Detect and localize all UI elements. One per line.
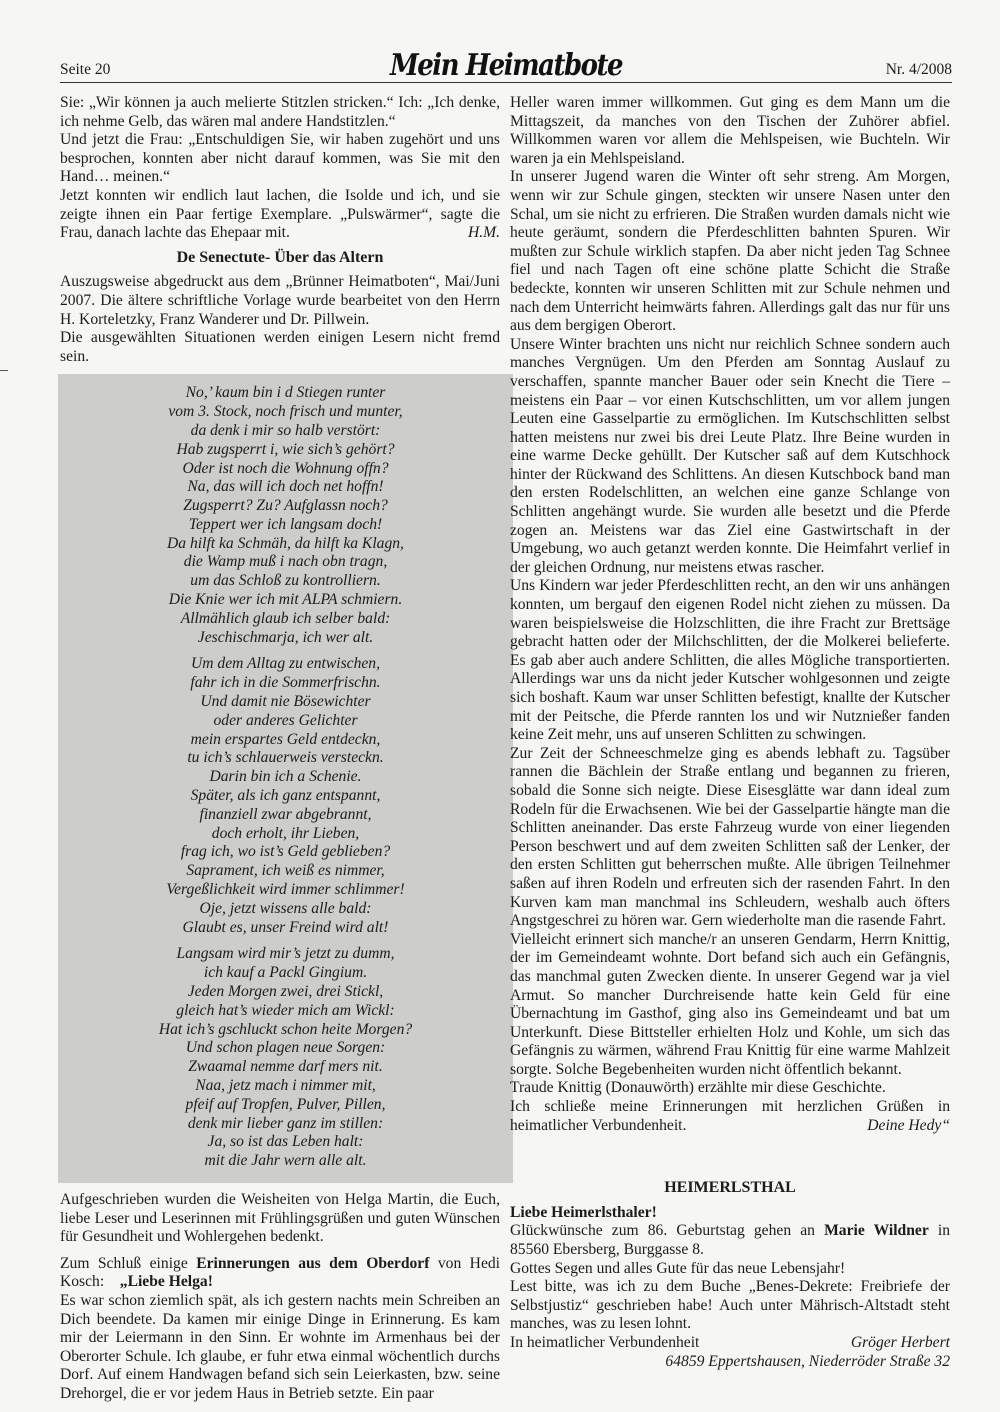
letter-paragraph: Heller waren immer willkommen. Gut ging … xyxy=(510,94,950,168)
poem-line: oder anderes Gelichter xyxy=(58,712,513,731)
poem-stanza-1: No,’ kaum bin i d Stiegen runter vom 3. … xyxy=(58,384,513,647)
issue-number: Nr. 4/2008 xyxy=(886,61,952,79)
author-address: 64859 Eppertshausen, Niederröder Straße … xyxy=(510,1353,950,1372)
poem-line: Jeden Morgen zwei, drei Stickl, xyxy=(58,983,513,1002)
poem-line: die Wamp muß i nach obn tragn, xyxy=(58,553,513,572)
poem-line: um das Schloß zu kontrolliern. xyxy=(58,572,513,591)
signature-line: In heimatlicher Verbundenheit Gröger Her… xyxy=(510,1334,950,1353)
poem-line: Da hilft ka Schmäh, da hilft ka Klagn, xyxy=(58,535,513,554)
letter-title: Erinnerungen aus dem Oberdorf xyxy=(196,1255,429,1272)
poem-line: Um dem Alltag zu entwischen, xyxy=(58,655,513,674)
letter-paragraph: Zur Zeit der Schneeschmelze ging es aben… xyxy=(510,745,950,931)
poem-line: ich kauf a Packl Gingium. xyxy=(58,964,513,983)
letter-paragraph: Unsere Winter brachten uns nicht nur rei… xyxy=(510,336,950,578)
greeting: Liebe Heimerlsthaler! xyxy=(510,1204,950,1223)
birthday-note: Glückwünsche zum 86. Geburtstag gehen an… xyxy=(510,1222,950,1259)
right-column: Heller waren immer willkommen. Gut ging … xyxy=(510,94,950,1371)
regards: In heimatlicher Verbundenheit xyxy=(510,1334,699,1353)
poem-line: Saprament, ich weiß es nimmer, xyxy=(58,862,513,881)
poem-line: Oje, jetzt wissens alle bald: xyxy=(58,900,513,919)
page-header: Seite 20 Mein Heimatbote Nr. 4/2008 xyxy=(60,40,952,83)
letter-paragraph: Vielleicht erinnert sich manche/r an uns… xyxy=(510,931,950,1080)
article-intro: Die ausgewählten Situationen werden eini… xyxy=(60,329,500,366)
poem-line: Ja, so ist das Leben halt: xyxy=(58,1133,513,1152)
poem-line: da denk i mir so halb verstört: xyxy=(58,422,513,441)
poem-line: Und schon plagen neue Sorgen: xyxy=(58,1039,513,1058)
poem-line: Hab zugsperrt i, wie sich’s gehört? xyxy=(58,441,513,460)
story-signature: H.M. xyxy=(468,224,500,243)
dialog-paragraph: Sie: „Wir können ja auch melierte Stitzl… xyxy=(60,94,500,131)
left-column: Sie: „Wir können ja auch melierte Stitzl… xyxy=(60,94,500,1404)
poem-line: Na, das will ich doch net hoffn! xyxy=(58,478,513,497)
poem-line: Glaubt es, unser Freind wird alt! xyxy=(58,919,513,938)
poem-line: mein erspartes Geld entdeckn, xyxy=(58,731,513,750)
poem-line: gleich hat’s wieder mich am Wickl: xyxy=(58,1002,513,1021)
poem-line: denk mir lieber ganz im stillen: xyxy=(58,1115,513,1134)
article-intro: Auszugsweise abgedruckt aus dem „Brünner… xyxy=(60,273,500,329)
poem-line: pfeif auf Tropfen, Pulver, Pillen, xyxy=(58,1096,513,1115)
letter-body: Es war schon ziemlich spät, als ich gest… xyxy=(60,1292,500,1404)
letter-intro: Zum Schluß einige Erinnerungen aus dem O… xyxy=(60,1255,500,1292)
poem-line: Später, als ich ganz entspannt, xyxy=(58,787,513,806)
letter-closing: Ich schließe meine Erinnerungen mit herz… xyxy=(510,1098,950,1135)
poem-line: Darin bin ich a Schenie. xyxy=(58,768,513,787)
poem-attribution: Aufgeschrieben wurden die Weisheiten von… xyxy=(60,1191,500,1247)
poem-line: frag ich, wo ist’s Geld geblieben? xyxy=(58,843,513,862)
poem-line: doch erholt, ihr Lieben, xyxy=(58,825,513,844)
scan-edge-mark xyxy=(0,370,8,371)
poem-line: Zugsperrt? Zu? Aufglassn noch? xyxy=(58,497,513,516)
poem-line: tu ich’s schlauerweis versteckn. xyxy=(58,749,513,768)
poem-line: mit die Jahr wern alle alt. xyxy=(58,1152,513,1171)
poem-line: finanziell zwar abgebrannt, xyxy=(58,806,513,825)
section-heading: HEIMERLSTHAL xyxy=(510,1179,950,1198)
poem-stanza-2: Um dem Alltag zu entwischen, fahr ich in… xyxy=(58,655,513,937)
poem-box: No,’ kaum bin i d Stiegen runter vom 3. … xyxy=(58,374,513,1183)
blessing: Gottes Segen und alles Gute für das neue… xyxy=(510,1260,950,1279)
poem-line: Oder ist noch die Wohnung offn? xyxy=(58,460,513,479)
poem-line: Langsam wird mir’s jetzt zu dumm, xyxy=(58,945,513,964)
poem-line: Die Knie wer ich mit ALPA schmiern. xyxy=(58,591,513,610)
masthead-logo: Mein Heimatbote xyxy=(60,49,952,84)
letter-paragraph: Traude Knittig (Donauwörth) erzählte mir… xyxy=(510,1079,950,1098)
poem-stanza-3: Langsam wird mir’s jetzt zu dumm, ich ka… xyxy=(58,945,513,1171)
poem-line: Allmählich glaub ich selber bald: xyxy=(58,610,513,629)
poem-line: No,’ kaum bin i d Stiegen runter xyxy=(58,384,513,403)
book-note: Lest bitte, was ich zu dem Buche „Benes-… xyxy=(510,1278,950,1334)
poem-line: Teppert wer ich langsam doch! xyxy=(58,516,513,535)
letter-salutation: „Liebe Helga! xyxy=(120,1273,213,1290)
poem-line: Hat ich’s gschluckt schon heite Morgen? xyxy=(58,1021,513,1040)
poem-line: fahr ich in die Sommerfrischn. xyxy=(58,674,513,693)
author-name: Gröger Herbert xyxy=(851,1334,950,1353)
poem-line: Und damit nie Bösewichter xyxy=(58,693,513,712)
birthday-person: Marie Wildner xyxy=(824,1222,929,1239)
poem-line: Zwaamal nemme darf mers nit. xyxy=(58,1058,513,1077)
poem-line: vom 3. Stock, noch frisch und munter, xyxy=(58,403,513,422)
article-title: De Senectute- Über das Altern xyxy=(60,249,500,268)
letter-signature: Deine Hedy“ xyxy=(867,1117,950,1136)
letter-paragraph: In unserer Jugend waren die Winter oft s… xyxy=(510,168,950,335)
poem-line: Vergeßlichkeit wird immer schlimmer! xyxy=(58,881,513,900)
poem-line: Jeschischmarja, ich wer alt. xyxy=(58,629,513,648)
heimerlsthal-section: HEIMERLSTHAL Liebe Heimerlsthaler! Glück… xyxy=(510,1179,950,1371)
dialog-paragraph: Und jetzt die Frau: „Entschuldigen Sie, … xyxy=(60,131,500,187)
letter-paragraph: Uns Kindern war jeder Pferdeschlitten re… xyxy=(510,577,950,744)
closing-story: Jetzt konnten wir endlich laut lachen, d… xyxy=(60,187,500,243)
poem-line: Naa, jetz mach i nimmer mit, xyxy=(58,1077,513,1096)
